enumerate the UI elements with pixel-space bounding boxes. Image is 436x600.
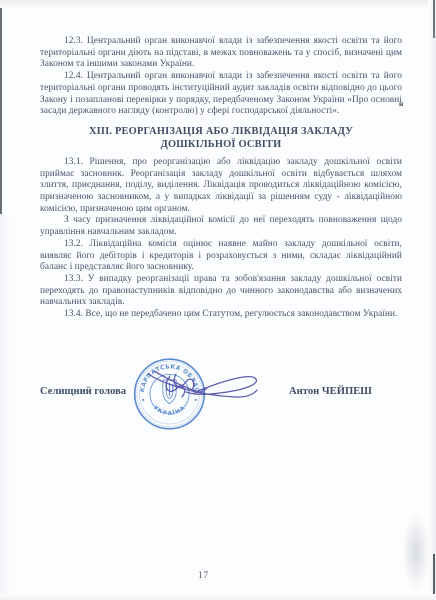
scan-edge-right-soft xyxy=(428,0,436,600)
margin-stray-mark: н xyxy=(399,99,403,108)
paragraph-liquidation-commission: З часу призначення ліквідаційної комісії… xyxy=(40,215,402,238)
paragraph-12-4: 12.4. Центральний орган виконавчої влади… xyxy=(40,71,402,118)
scan-corner-shadow xyxy=(402,512,430,592)
paragraph-12-3: 12.3. Центральний орган виконавчої влади… xyxy=(40,36,402,71)
scan-edge-right-line-top xyxy=(433,0,435,38)
scan-edge-left-soft xyxy=(0,214,11,600)
paragraph-13-2: 13.2. Ліквідаційна комісія оцінює наявне… xyxy=(40,239,402,274)
page-number: 17 xyxy=(198,570,209,580)
scan-edge-left-line xyxy=(0,8,2,214)
signatory-name: Антон ЧЕЙПЕШ xyxy=(289,386,372,397)
signatory-title: Селищний голова xyxy=(40,386,126,397)
document-page: 12.3. Центральний орган виконавчої влади… xyxy=(0,0,436,600)
paragraph-13-1: 13.1. Рішення, про реорганізацію або лік… xyxy=(40,157,402,216)
section-heading-line1: XIII. РЕОРГАНІЗАЦІЯ АБО ЛІКВІДАЦІЯ ЗАКЛА… xyxy=(40,125,402,138)
document-body: 12.3. Центральний орган виконавчої влади… xyxy=(40,36,402,321)
paragraph-13-4: 13.4. Все, що не передбачено цим Статуто… xyxy=(40,309,402,321)
scan-edge-bottom xyxy=(0,594,436,600)
paragraph-13-3: 13.3. У випадку реорганізації права та з… xyxy=(40,274,402,309)
scan-edge-top xyxy=(0,0,436,9)
section-heading: XIII. РЕОРГАНІЗАЦІЯ АБО ЛІКВІДАЦІЯ ЗАКЛА… xyxy=(40,125,402,151)
handwritten-signature xyxy=(140,364,272,410)
section-heading-line2: ДОШКІЛЬНОЇ ОСВІТИ xyxy=(40,138,402,151)
